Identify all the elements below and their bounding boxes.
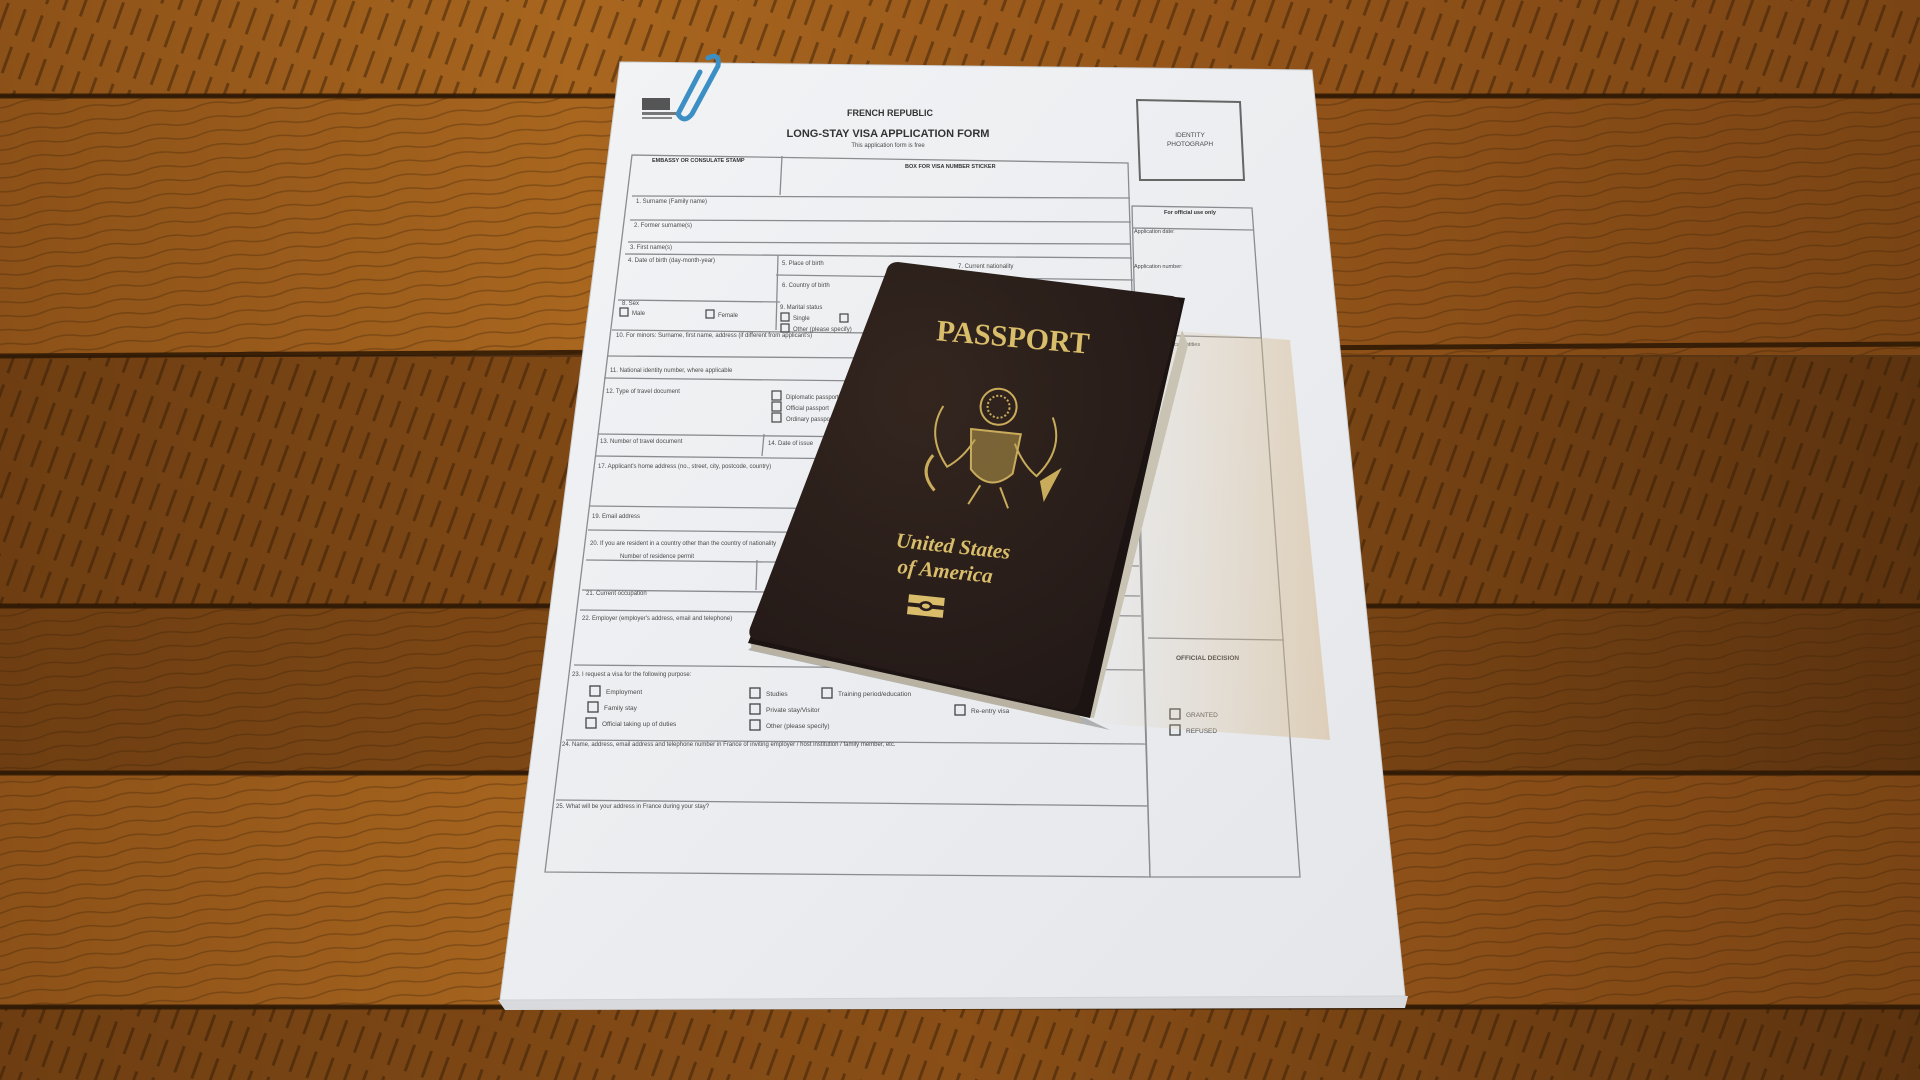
- svg-text:14. Date of issue: 14. Date of issue: [768, 441, 814, 447]
- visa-number-box-label: BOX FOR VISA NUMBER STICKER: [905, 164, 996, 170]
- svg-text:23. I request a visa for the f: 23. I request a visa for the following p…: [572, 672, 692, 678]
- svg-text:3. First name(s): 3. First name(s): [630, 245, 672, 251]
- svg-text:21. Current occupation: 21. Current occupation: [586, 591, 647, 597]
- svg-text:5. Place of birth: 5. Place of birth: [782, 261, 824, 267]
- scene: FRENCH REPUBLIC LONG-STAY VISA APPLICATI…: [0, 0, 1920, 1080]
- svg-text:25. What will be your address: 25. What will be your address in France …: [556, 804, 710, 810]
- svg-text:20. If you are resident in a c: 20. If you are resident in a country oth…: [590, 541, 776, 547]
- svg-text:Family stay: Family stay: [604, 705, 638, 712]
- svg-text:Diplomatic passport: Diplomatic passport: [786, 395, 839, 401]
- svg-text:Single: Single: [793, 316, 810, 322]
- svg-text:Application date:: Application date:: [1134, 229, 1175, 235]
- embassy-stamp-label: EMBASSY OR CONSULATE STAMP: [652, 158, 745, 164]
- svg-text:Application number:: Application number:: [1134, 264, 1183, 270]
- svg-text:10. For minors: Surname, first: 10. For minors: Surname, first name, add…: [616, 333, 812, 339]
- form-subtitle: This application form is free: [851, 143, 925, 149]
- svg-text:IDENTITY: IDENTITY: [1175, 132, 1205, 139]
- svg-text:Official taking up of duties: Official taking up of duties: [602, 721, 677, 728]
- svg-text:8. Sex: 8. Sex: [622, 301, 639, 307]
- svg-text:7. Current nationality: 7. Current nationality: [958, 264, 1013, 270]
- biometric-chip-icon: [907, 594, 945, 618]
- svg-text:Studies: Studies: [766, 691, 788, 698]
- svg-text:2. Former surname(s): 2. Former surname(s): [634, 223, 692, 229]
- svg-text:Official passport: Official passport: [786, 406, 829, 412]
- svg-text:13. Number of travel document: 13. Number of travel document: [600, 439, 683, 445]
- form-header: FRENCH REPUBLIC: [847, 108, 934, 118]
- svg-text:Other (please specify): Other (please specify): [793, 327, 852, 333]
- svg-text:22. Employer (employer's addre: 22. Employer (employer's address, email …: [582, 616, 732, 622]
- svg-text:Male: Male: [632, 311, 646, 317]
- svg-text:PHOTOGRAPH: PHOTOGRAPH: [1167, 141, 1213, 148]
- svg-text:24. Name, address, email addre: 24. Name, address, email address and tel…: [562, 742, 896, 748]
- form-title: LONG-STAY VISA APPLICATION FORM: [787, 128, 990, 140]
- svg-text:Number of residence permit: Number of residence permit: [620, 554, 694, 560]
- svg-text:19. Email address: 19. Email address: [592, 514, 640, 520]
- svg-text:12. Type of travel document: 12. Type of travel document: [606, 389, 680, 395]
- svg-text:Employment: Employment: [606, 689, 642, 696]
- svg-text:For official use only: For official use only: [1164, 210, 1217, 216]
- svg-text:9. Marital status: 9. Marital status: [780, 305, 822, 311]
- svg-text:11. National identity number,: 11. National identity number, where appl…: [610, 368, 733, 374]
- svg-text:6. Country of birth: 6. Country of birth: [782, 283, 830, 289]
- svg-text:Other (please specify): Other (please specify): [766, 723, 830, 730]
- svg-text:17. Applicant's home address (: 17. Applicant's home address (no., stree…: [598, 464, 771, 470]
- svg-text:1. Surname (Family name): 1. Surname (Family name): [636, 199, 707, 205]
- svg-text:Female: Female: [718, 313, 739, 319]
- svg-text:Training period/education: Training period/education: [838, 691, 911, 698]
- svg-text:4. Date of birth (day-month-ye: 4. Date of birth (day-month-year): [628, 258, 715, 264]
- svg-text:Private stay/Visitor: Private stay/Visitor: [766, 707, 821, 714]
- svg-text:Re-entry visa: Re-entry visa: [971, 708, 1010, 715]
- svg-text:Ordinary passport: Ordinary passport: [786, 417, 834, 423]
